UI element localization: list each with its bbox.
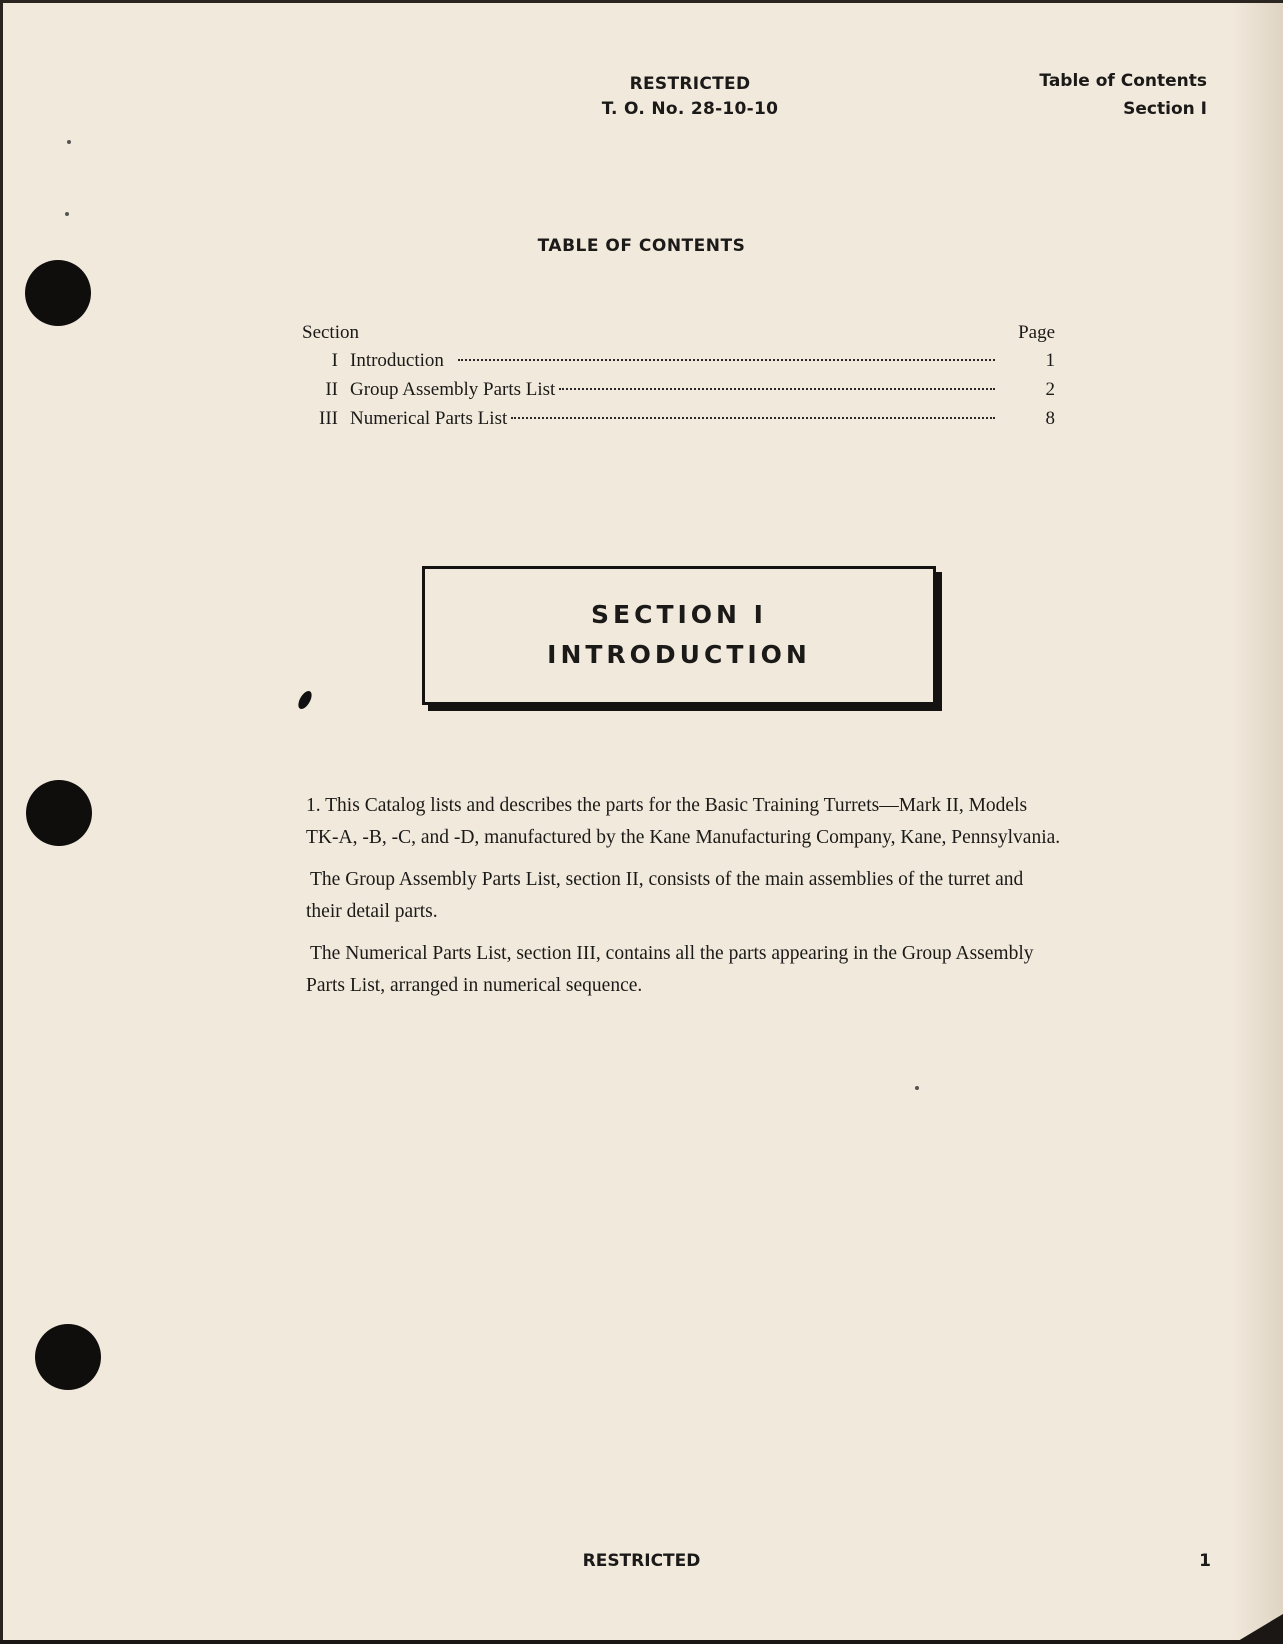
page-bottom-edge: [0, 1640, 1283, 1644]
punch-hole: [35, 1324, 101, 1390]
ink-blot: [296, 689, 315, 711]
running-header-left: RESTRICTED T. O. No. 28-10-10: [590, 72, 790, 122]
toc-col-section: Section: [302, 322, 359, 350]
toc-entry-label: Introduction: [350, 350, 444, 372]
toc-entry-page: 2: [1035, 379, 1055, 401]
paragraph: The Group Assembly Parts List, section I…: [306, 864, 1061, 928]
toc-entry-label: Group Assembly Parts List: [350, 379, 555, 401]
punch-hole: [25, 260, 91, 326]
toc-header-row: Section Page: [302, 322, 1055, 350]
toc-col-page: Page: [1018, 322, 1055, 350]
header-classification: RESTRICTED: [590, 72, 790, 97]
toc-entry-page: 8: [1035, 408, 1055, 430]
section-title: INTRODUCTION: [425, 635, 933, 675]
introduction-body: 1. This Catalog lists and describes the …: [306, 790, 1061, 1012]
table-of-contents: Section Page I Introduction 1 II Group A…: [302, 322, 1055, 437]
running-header-right: Table of Contents Section I: [1039, 67, 1207, 123]
toc-entry-label: Numerical Parts List: [350, 408, 507, 430]
toc-entry[interactable]: III Numerical Parts List 8: [302, 408, 1055, 437]
page-number: 1: [1199, 1551, 1211, 1571]
dot-leader: [511, 417, 995, 419]
footer-classification: RESTRICTED: [0, 1551, 1283, 1571]
paragraph: The Numerical Parts List, section III, c…: [306, 938, 1061, 1002]
speck: [915, 1086, 919, 1090]
toc-entry-number: I: [302, 350, 350, 372]
toc-entry-number: III: [302, 408, 350, 430]
page-top-edge: [0, 0, 1283, 3]
toc-entry-number: II: [302, 379, 350, 401]
section-number: SECTION I: [425, 595, 933, 635]
header-toc-label: Table of Contents: [1039, 67, 1207, 95]
paragraph: 1. This Catalog lists and describes the …: [306, 790, 1061, 854]
toc-entry-page: 1: [1035, 350, 1055, 372]
header-section-label: Section I: [1039, 95, 1207, 123]
dot-leader: [559, 388, 995, 390]
punch-hole: [26, 780, 92, 846]
page-torn-corner: [1233, 1614, 1283, 1644]
dot-leader: [458, 359, 995, 361]
speck: [65, 212, 69, 216]
speck: [67, 140, 71, 144]
toc-entry[interactable]: II Group Assembly Parts List 2: [302, 379, 1055, 408]
section-heading-box: SECTION I INTRODUCTION: [422, 566, 936, 705]
toc-title: TABLE OF CONTENTS: [0, 236, 1283, 256]
header-tech-order: T. O. No. 28-10-10: [590, 97, 790, 122]
toc-entry[interactable]: I Introduction 1: [302, 350, 1055, 379]
